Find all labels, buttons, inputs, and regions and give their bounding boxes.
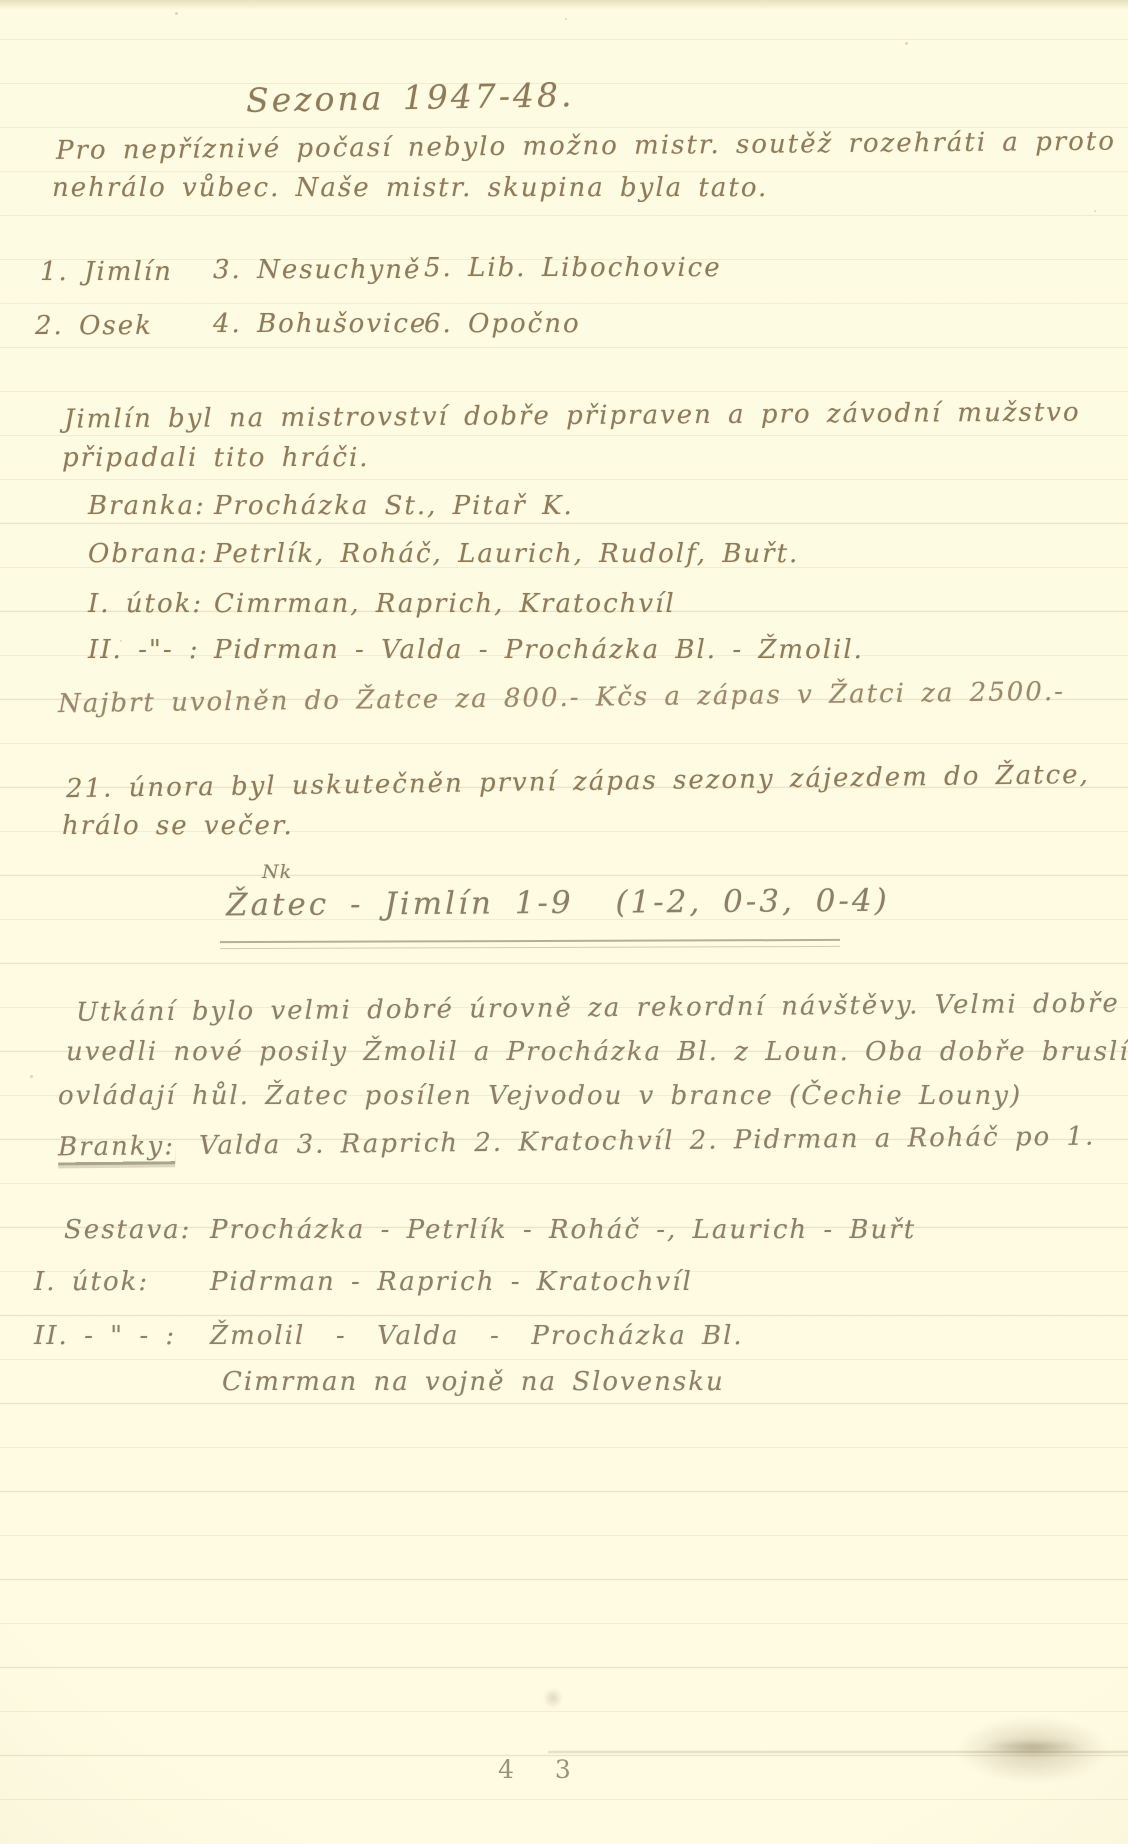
standings-cell: 5. Lib. Libochovice bbox=[424, 254, 722, 283]
preparation-line: Jimlín byl na mistrovství dobře připrave… bbox=[64, 398, 1081, 434]
roster-label: II. -"- : bbox=[88, 636, 214, 665]
paper-speck bbox=[905, 42, 908, 45]
transfer-note: Najbrt uvolněn do Žatce za 800.- Kčs a z… bbox=[58, 678, 1065, 719]
roster-line: I. útok: Cimrman, Raprich, Kratochvíl bbox=[88, 590, 676, 619]
paper-speck bbox=[30, 1075, 33, 1078]
standings-cell: 4. Bohušovice bbox=[213, 310, 427, 339]
lineup-line: I. útok: Pidrman - Raprich - Kratochvíl bbox=[34, 1268, 693, 1297]
preparation-line: připadali tito hráči. bbox=[62, 444, 370, 473]
lineup-value: Žmolil - Valda - Procházka Bl. bbox=[210, 1322, 744, 1351]
match-heading: Žatec - Jimlín 1-9 (1-2, 0-3, 0-4) bbox=[226, 884, 890, 923]
lineup-line: Sestava: Procházka - Petrlík - Roháč -, … bbox=[64, 1216, 916, 1245]
intro-line: nehrálo vůbec. Naše mistr. skupina byla … bbox=[52, 174, 768, 203]
lineup-value: Procházka - Petrlík - Roháč -, Laurich -… bbox=[210, 1216, 916, 1245]
roster-label: I. útok: bbox=[88, 590, 214, 619]
match-heading-underline bbox=[220, 939, 840, 949]
darkened-rule-segment bbox=[548, 1751, 1128, 1753]
lineup-value: Pidrman - Raprich - Kratochvíl bbox=[210, 1268, 693, 1297]
roster-value: Cimrman, Raprich, Kratochvíl bbox=[214, 590, 676, 619]
intro-line: Pro nepříznivé počasí nebylo možno mistr… bbox=[56, 127, 1128, 165]
ink-smudge bbox=[968, 1738, 1098, 1756]
standings-cell: 2. Osek bbox=[35, 312, 153, 341]
lineup-line: II. - " - : Žmolil - Valda - Procházka B… bbox=[34, 1322, 744, 1351]
lineup-label: II. - " - : bbox=[34, 1322, 210, 1351]
ink-smudge bbox=[540, 1684, 566, 1712]
goals-label: Branky: bbox=[58, 1132, 175, 1162]
roster-label: Obrana: bbox=[88, 540, 214, 569]
roster-label: Branka: bbox=[88, 492, 214, 521]
first-match-line: hrálo se večer. bbox=[62, 812, 294, 841]
paper-speck bbox=[565, 18, 567, 20]
goals-value: Valda 3. Raprich 2. Kratochvíl 2. Pidrma… bbox=[199, 1123, 1096, 1161]
page-title: Sezona 1947-48. bbox=[246, 77, 575, 119]
roster-value: Petrlík, Roháč, Laurich, Rudolf, Buřt. bbox=[214, 540, 799, 569]
lineup-note: Cimrman na vojně na Slovensku bbox=[222, 1368, 725, 1397]
paper-speck bbox=[120, 640, 122, 642]
match-annotation: Nk bbox=[262, 862, 292, 883]
report-line: ovládají hůl. Žatec posílen Vejvodou v b… bbox=[58, 1082, 1022, 1111]
roster-value: Pidrman - Valda - Procházka Bl. - Žmolil… bbox=[214, 636, 864, 665]
standings-cell: 1. Jimlín bbox=[40, 258, 173, 287]
paper-speck bbox=[175, 12, 178, 15]
report-line: Utkání bylo velmi dobré úrovně za rekord… bbox=[76, 989, 1128, 1027]
page-top-shadow bbox=[0, 0, 1128, 10]
page-number: 4 3 bbox=[498, 1756, 585, 1784]
paper-speck bbox=[1094, 210, 1096, 212]
roster-line: II. -"- : Pidrman - Valda - Procházka Bl… bbox=[88, 636, 864, 665]
report-line: uvedli nové posily Žmolil a Procházka Bl… bbox=[66, 1038, 1128, 1067]
roster-line: Obrana: Petrlík, Roháč, Laurich, Rudolf,… bbox=[88, 540, 799, 569]
lineup-label: I. útok: bbox=[34, 1268, 210, 1297]
standings-cell: 3. Nesuchyně bbox=[213, 256, 421, 285]
first-match-line: 21. února byl uskutečněn první zápas sez… bbox=[66, 761, 1090, 804]
roster-line: Branka: Procházka St., Pitař K. bbox=[88, 492, 574, 521]
goals-line: Branky: Valda 3. Raprich 2. Kratochvíl 2… bbox=[58, 1123, 1096, 1162]
lineup-label: Sestava: bbox=[64, 1216, 210, 1245]
standings-cell: 6. Opočno bbox=[424, 310, 581, 339]
roster-value: Procházka St., Pitař K. bbox=[214, 492, 574, 521]
notebook-page: Sezona 1947-48. Pro nepříznivé počasí ne… bbox=[0, 0, 1128, 1844]
